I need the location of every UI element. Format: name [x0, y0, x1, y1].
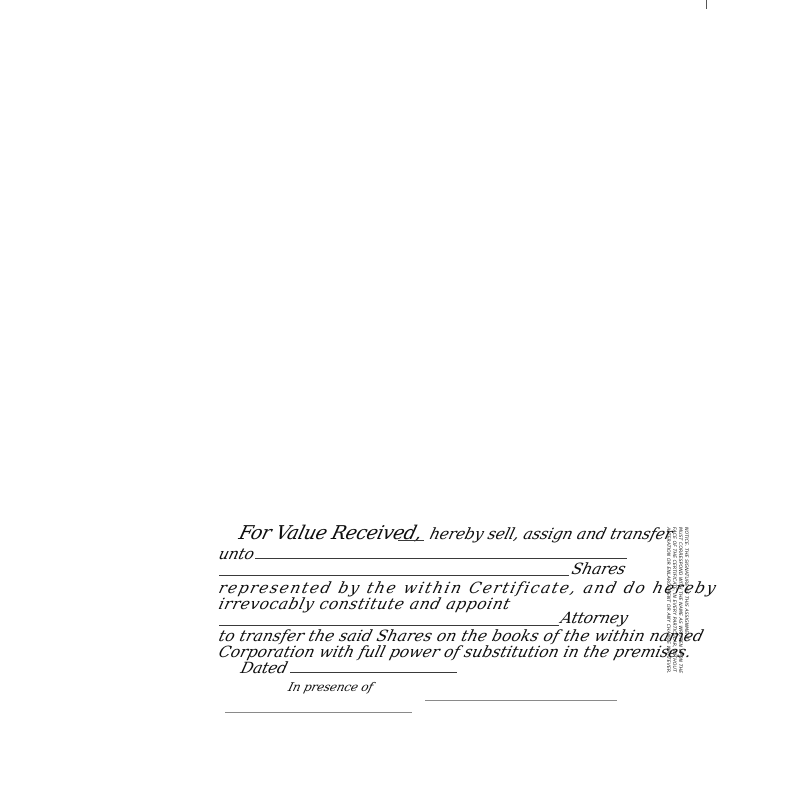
for-value-received-label: For Value Received,: [237, 524, 424, 543]
attorney-blank-line[interactable]: [219, 625, 559, 626]
irrevocably-line: irrevocably constitute and appoint: [217, 597, 512, 613]
shares-blank-line[interactable]: [219, 575, 569, 576]
assignee-blank-line[interactable]: [255, 558, 627, 559]
notice-line: ALTERATION OR ENLARGEMENT OR ANY CHANGE …: [664, 527, 670, 712]
signature-notice: NOTICE. THE SIGNATURE OF THIS ASSIGNMENT…: [648, 527, 688, 712]
owner-signature-line[interactable]: [425, 700, 617, 701]
shares-label: Shares: [570, 562, 627, 578]
unto-label: unto: [217, 547, 256, 563]
in-presence-of-label: In presence of: [287, 681, 374, 693]
notice-line: NOTICE. THE SIGNATURE OF THIS ASSIGNMENT: [682, 527, 688, 712]
notice-line: MUST CORRESPOND WITH THE NAME AS WRITTEN…: [676, 527, 682, 712]
notice-line: FACE OF THE CERTIFICATE, IN EVERY PARTIC…: [670, 527, 676, 712]
attorney-label: Attorney: [559, 611, 629, 627]
dated-label: Dated: [239, 661, 289, 677]
hereby-sell-label: hereby sell, assign and transfer: [428, 527, 674, 543]
dated-blank-line[interactable]: [290, 672, 457, 673]
assignment-form: For Value Received, hereby sell, assign …: [215, 515, 635, 720]
witness-signature-line[interactable]: [225, 712, 412, 713]
assignor-blank-line[interactable]: [398, 540, 424, 541]
page-edge-tick-mark: [706, 0, 707, 9]
